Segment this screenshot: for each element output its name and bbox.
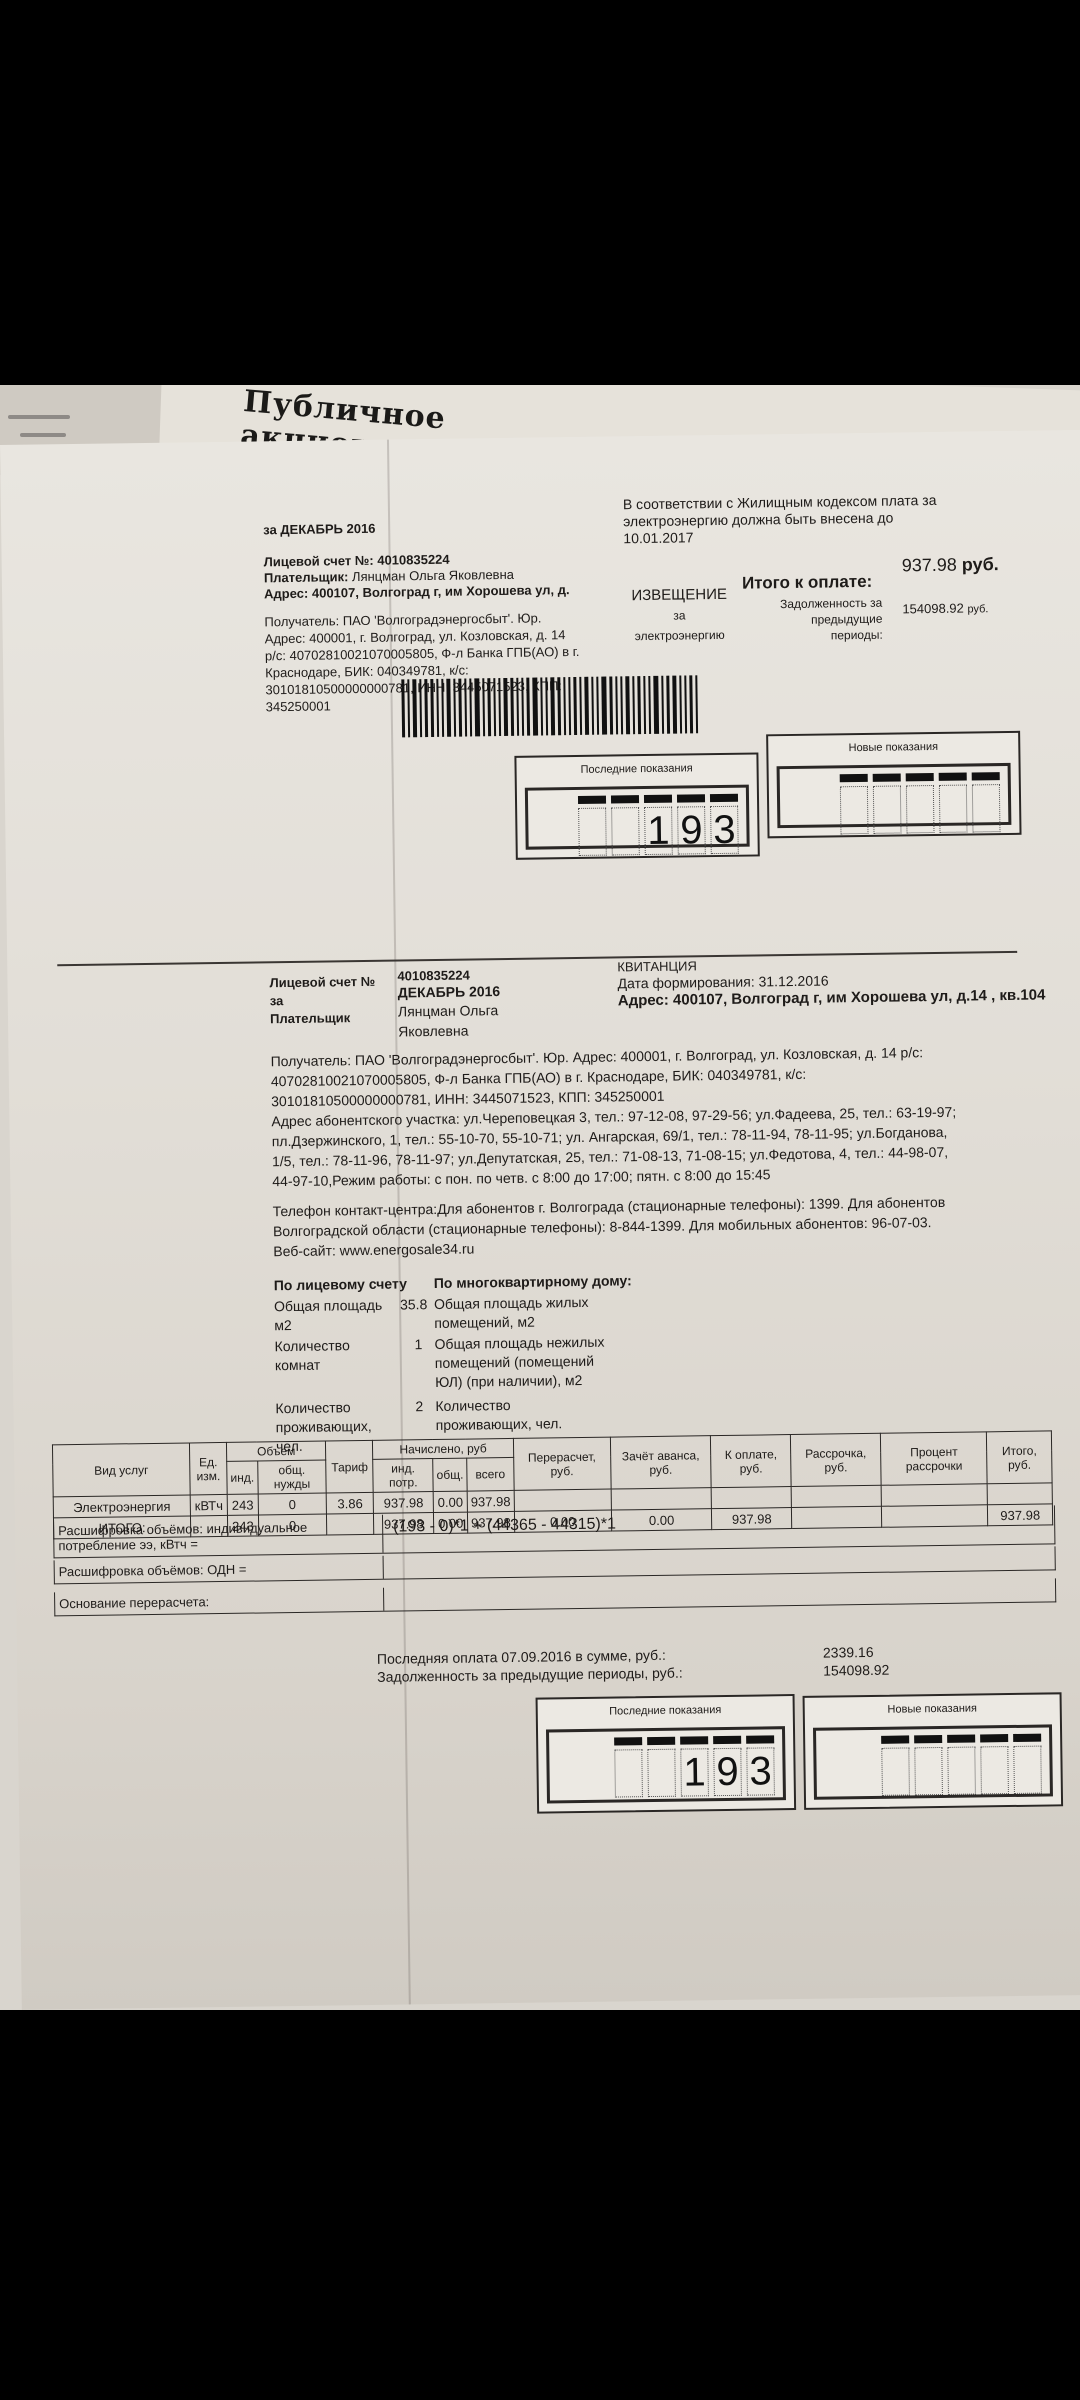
table-cell-recalc — [514, 1489, 611, 1511]
meter-digit[interactable] — [881, 1735, 910, 1795]
table-cell-total — [987, 1483, 1052, 1505]
receipt-period-label: за — [270, 992, 284, 1010]
info-row-area-house: Общая площадь жилых помещений, м2 — [434, 1293, 615, 1334]
recalc-reason: Основание перерасчета: — [54, 1578, 1056, 1616]
meter-digit[interactable] — [578, 796, 607, 856]
total-to-pay-label: Итого к оплате: — [742, 573, 872, 593]
receipt-recipient: Получатель: ПАО 'Волгоградэнергосбыт'. Ю… — [270, 1042, 957, 1192]
meter-digit[interactable] — [906, 773, 935, 833]
meter-digit[interactable] — [947, 1735, 976, 1795]
previous-debt-value: 154098.92 руб. — [902, 599, 988, 619]
receipt-meter-new: Новые показания — [803, 1692, 1064, 1810]
table-cell-to-pay — [712, 1487, 792, 1509]
receipt-payer-label: Плательщик — [270, 1009, 350, 1028]
table-cell-charged-common: 0.00 — [433, 1491, 467, 1512]
info-row-rooms-value: 1 — [414, 1335, 422, 1353]
meter-digit[interactable] — [1013, 1734, 1042, 1794]
info-row-residents-house: Количество проживающих, чел. — [435, 1395, 606, 1435]
last-payment-value: 2339.16 — [823, 1643, 874, 1662]
meter-digit[interactable] — [873, 773, 902, 833]
table-cell-unit: кВТч — [190, 1494, 227, 1516]
staple-icon — [8, 415, 70, 419]
meter-digit[interactable]: 1 — [644, 795, 673, 855]
total-to-pay-value: 937.98 руб. — [902, 555, 999, 574]
table-cell-volume-common: 0 — [258, 1493, 327, 1515]
staple-icon — [20, 433, 66, 437]
notice-address: Адрес: 400107, Волгоград г, им Хорошева … — [264, 581, 570, 603]
account-info-heading: По лицевому счету — [274, 1274, 407, 1294]
payment-due-note: В соответствии с Жилищным кодексом плата… — [623, 492, 937, 547]
photo-background: Публичное акцион за ДЕКАБРЬ 2016 Лицевой… — [0, 385, 1080, 2010]
meter-digit[interactable] — [914, 1735, 943, 1795]
meter-digit[interactable] — [840, 774, 869, 834]
meter-digit[interactable]: 3 — [710, 794, 739, 854]
info-row-area-label: Общая площадь м2 — [274, 1296, 385, 1336]
notice-period: за ДЕКАБРЬ 2016 — [263, 520, 376, 540]
notice-meter-last: Последние показания 193 — [514, 752, 759, 859]
table-cell-installment-pct — [881, 1484, 988, 1506]
meter-digit[interactable] — [611, 795, 640, 855]
table-cell-service: Электроэнергия — [53, 1495, 190, 1518]
previous-debt-label: Задолженность за предыдущие периоды: — [762, 595, 883, 645]
info-row-rooms-house: Общая площадь нежилых помещений (помещен… — [434, 1333, 605, 1392]
barcode — [401, 673, 872, 738]
meter-digit[interactable] — [939, 773, 968, 833]
table-cell-tariff: 3.86 — [326, 1492, 373, 1514]
table-cell-volume-ind: 243 — [227, 1494, 258, 1515]
contact-center-info: Телефон контакт-центра:Для абонентов г. … — [273, 1192, 946, 1261]
receipt-period: ДЕКАБРЬ 2016 — [398, 982, 501, 1001]
prev-debt-label: Задолженность за предыдущие периоды, руб… — [377, 1664, 683, 1686]
meter-digit[interactable] — [972, 772, 1001, 832]
receipt-meter-last: Последние показания 193 — [536, 1694, 797, 1814]
meter-digit[interactable]: 1 — [680, 1736, 709, 1796]
table-cell-installment — [791, 1485, 881, 1507]
table-cell-charged-ind: 937.98 — [373, 1492, 433, 1514]
table-cell-advance — [611, 1488, 712, 1510]
house-info-heading: По многоквартирному дому: — [434, 1271, 632, 1292]
info-row-rooms-label: Количество комнат — [274, 1336, 385, 1376]
notice-doc-type: ИЗВЕЩЕНИЕ за электроэнергию — [624, 585, 735, 647]
meter-digit[interactable] — [647, 1737, 676, 1797]
receipt-payer-name: Лянцман Ольга Яковлевна — [398, 1000, 499, 1041]
receipt-account-label: Лицевой счет № — [269, 973, 375, 992]
meter-digit[interactable] — [980, 1734, 1009, 1794]
prev-debt-value: 154098.92 — [823, 1661, 889, 1680]
info-row-area-value: 35.8 — [400, 1295, 427, 1313]
meter-digit[interactable] — [614, 1737, 643, 1797]
meter-digit[interactable]: 3 — [746, 1735, 775, 1795]
info-row-residents-value: 2 — [415, 1397, 423, 1415]
meter-digit[interactable]: 9 — [677, 794, 706, 854]
electricity-bill: за ДЕКАБРЬ 2016 Лицевой счет №: 40108352… — [0, 430, 1080, 2010]
table-cell-charged-total: 937.98 — [467, 1490, 514, 1512]
meter-digit[interactable]: 9 — [713, 1736, 742, 1796]
notice-meter-new: Новые показания — [766, 731, 1021, 839]
cut-line — [57, 951, 1017, 966]
